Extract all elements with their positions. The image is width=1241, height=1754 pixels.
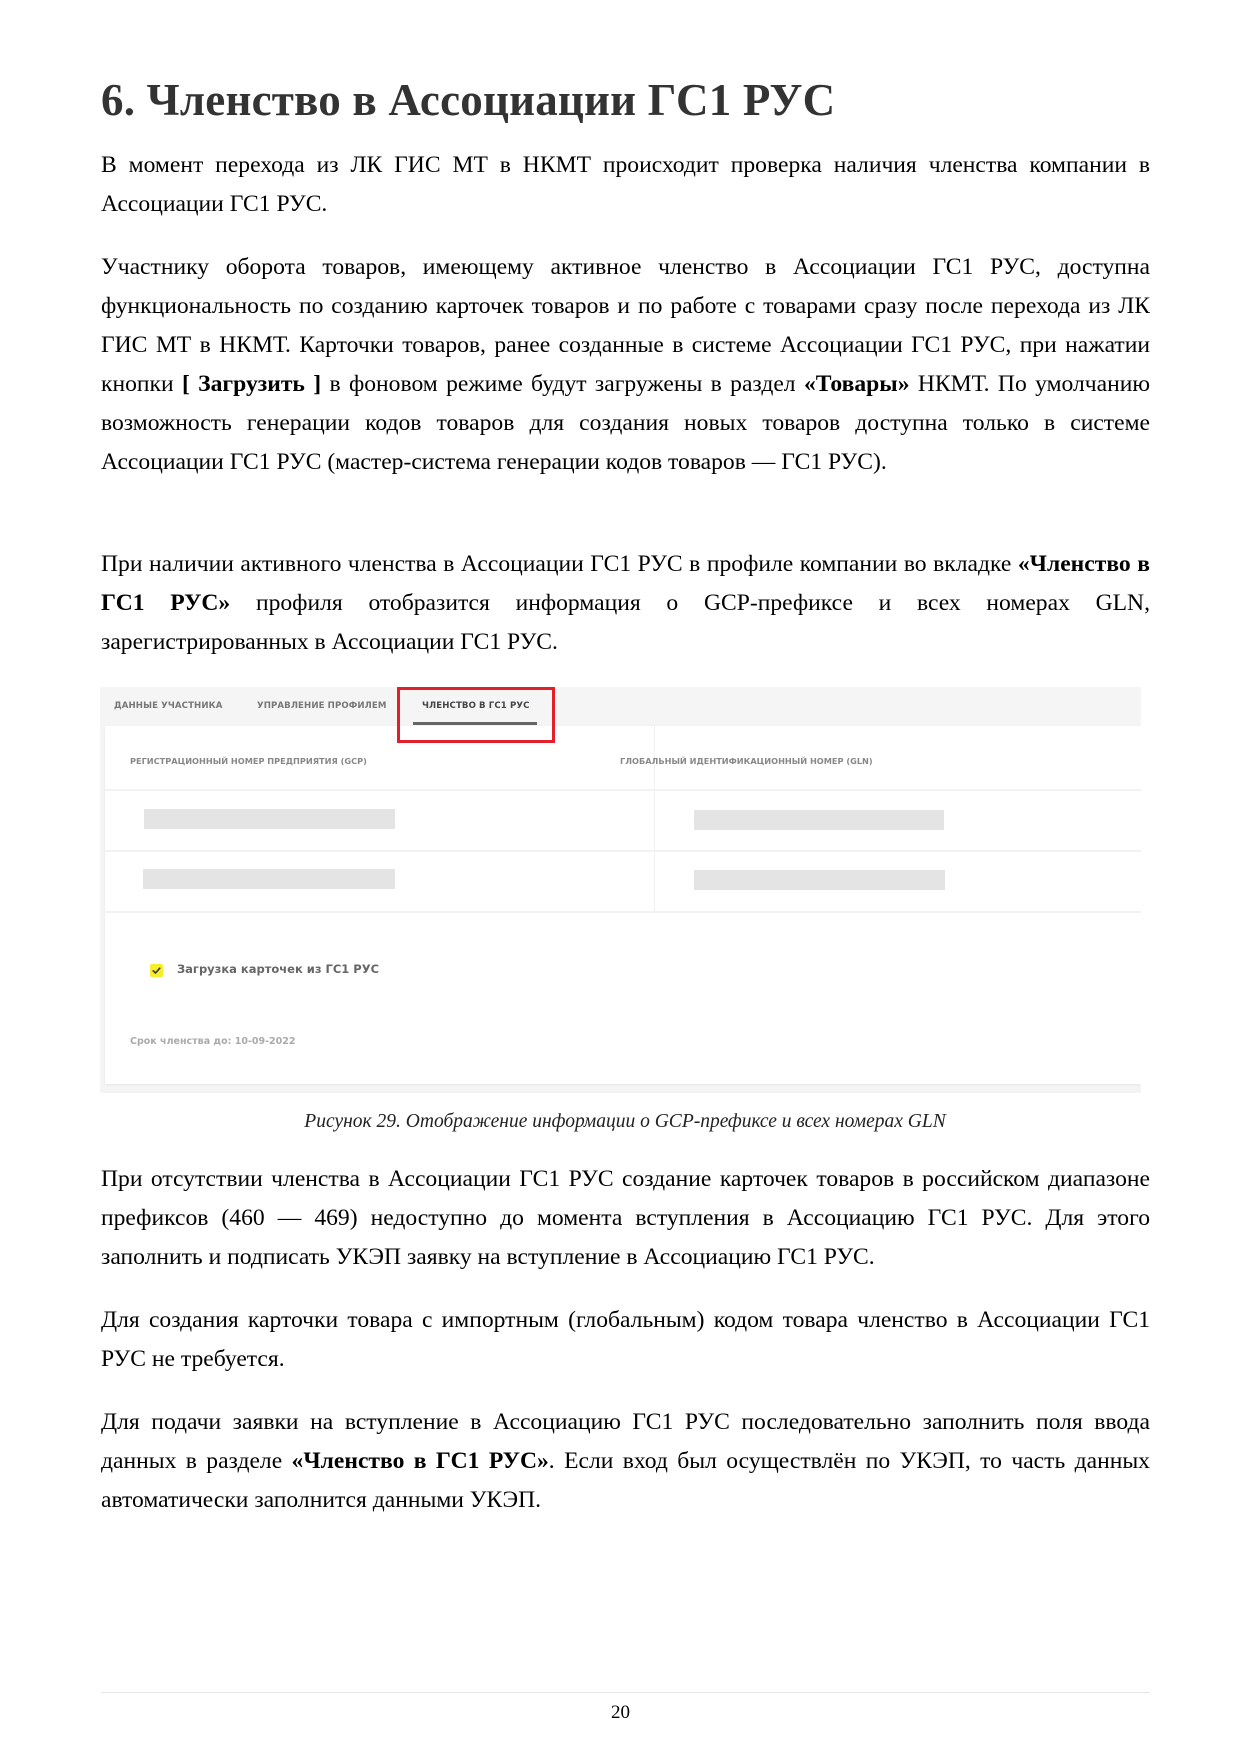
tab-profile-management[interactable]: УПРАВЛЕНИЕ ПРОФИЛЕМ xyxy=(257,701,387,711)
gcp-value-redacted xyxy=(143,869,395,889)
paragraph-import-code: Для создания карточки товара с импортным… xyxy=(101,1301,1150,1379)
row-divider xyxy=(105,850,1141,852)
text: профиля отобразится информация о GCP-пре… xyxy=(101,590,1150,655)
page-number: 20 xyxy=(0,1702,1241,1724)
paragraph-no-membership: При отсутствии членства в Ассоциации ГС1… xyxy=(101,1160,1150,1277)
figure-screenshot: ДАННЫЕ УЧАСТНИКА УПРАВЛЕНИЕ ПРОФИЛЕМ ЧЛЕ… xyxy=(100,687,1141,1093)
paragraph-profile-tab: При наличии активного членства в Ассоциа… xyxy=(101,545,1150,662)
figure-caption: Рисунок 29. Отображение информации о GCP… xyxy=(100,1111,1150,1133)
goods-section-reference: «Товары» xyxy=(804,371,910,397)
membership-expiry: Срок членства до: 10-09-2022 xyxy=(130,1036,295,1047)
gln-value-redacted xyxy=(694,870,945,890)
paragraph-active-membership: Участнику оборота товаров, имеющему акти… xyxy=(101,248,1150,482)
load-cards-label[interactable]: Загрузка карточек из ГС1 РУС xyxy=(177,962,379,976)
text: в фоновом режиме будут загружены в разде… xyxy=(321,371,804,397)
tab-highlight-box xyxy=(397,687,555,743)
tab-participant-data[interactable]: ДАННЫЕ УЧАСТНИКА xyxy=(114,701,223,711)
page-title: 6. Членство в Ассоциации ГС1 РУС xyxy=(101,72,835,128)
row-divider xyxy=(105,789,1141,791)
membership-card: РЕГИСТРАЦИОННЫЙ НОМЕР ПРЕДПРИЯТИЯ (GCP) … xyxy=(105,726,1141,1084)
gcp-column-header: РЕГИСТРАЦИОННЫЙ НОМЕР ПРЕДПРИЯТИЯ (GCP) xyxy=(130,756,367,766)
text: При наличии активного членства в Ассоциа… xyxy=(101,551,1018,577)
paragraph-application: Для подачи заявки на вступление в Ассоци… xyxy=(101,1403,1150,1520)
paragraph-membership-check: В момент перехода из ЛК ГИС МТ в НКМТ пр… xyxy=(101,146,1150,224)
profile-tabs: ДАННЫЕ УЧАСТНИКА УПРАВЛЕНИЕ ПРОФИЛЕМ ЧЛЕ… xyxy=(100,687,1141,726)
membership-section-reference: «Членство в ГС1 РУС» xyxy=(292,1448,549,1474)
gln-column-header: ГЛОБАЛЬНЫЙ ИДЕНТИФИКАЦИОННЫЙ НОМЕР (GLN) xyxy=(620,756,873,766)
load-button-reference: [ Загрузить ] xyxy=(182,371,321,397)
footer-divider xyxy=(101,1692,1150,1693)
column-divider xyxy=(654,726,655,913)
gcp-value-redacted xyxy=(144,809,395,829)
check-icon xyxy=(150,964,163,977)
row-divider xyxy=(105,911,1141,913)
load-cards-checkbox[interactable] xyxy=(150,964,163,977)
gln-value-redacted xyxy=(694,810,944,830)
